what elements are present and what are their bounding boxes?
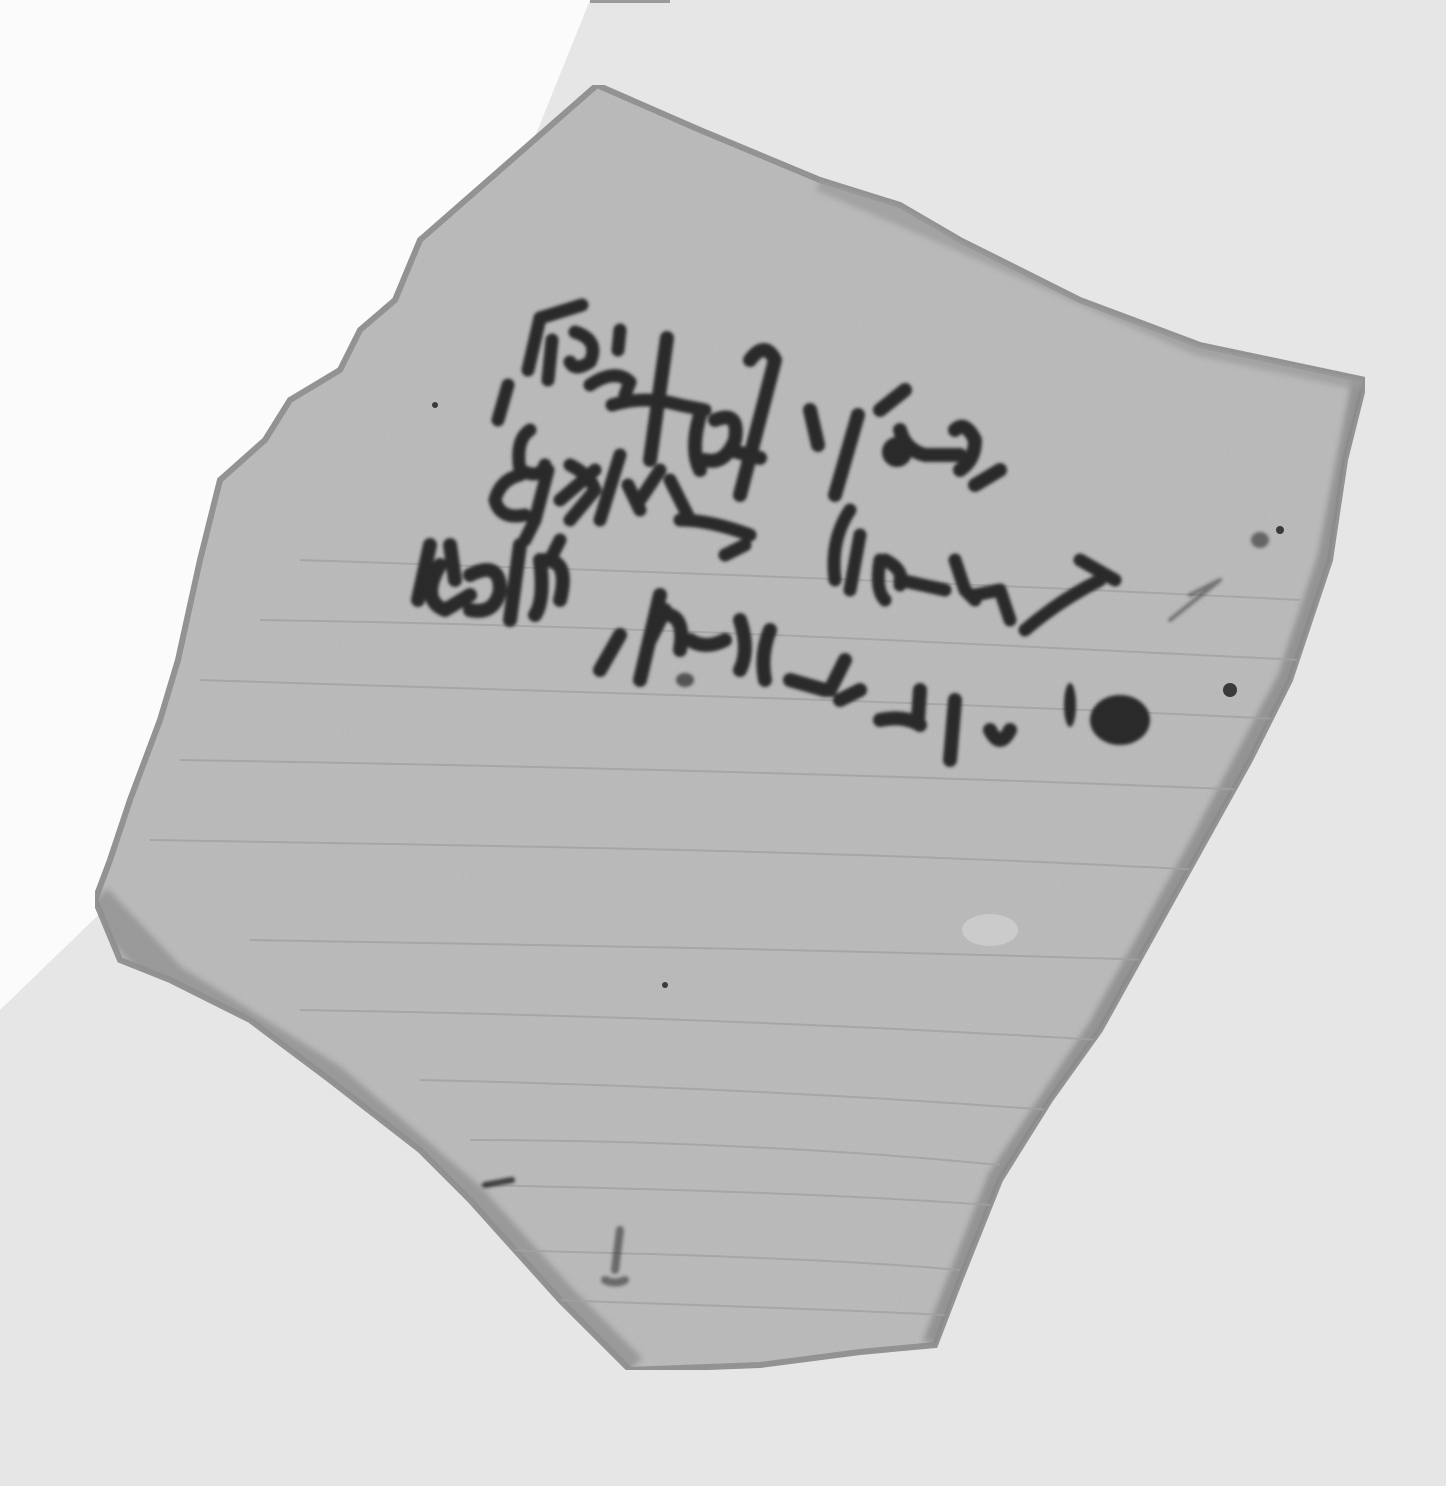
numeral-ten xyxy=(1090,695,1150,745)
surface-chip xyxy=(962,914,1018,946)
photograph xyxy=(0,0,1446,1486)
